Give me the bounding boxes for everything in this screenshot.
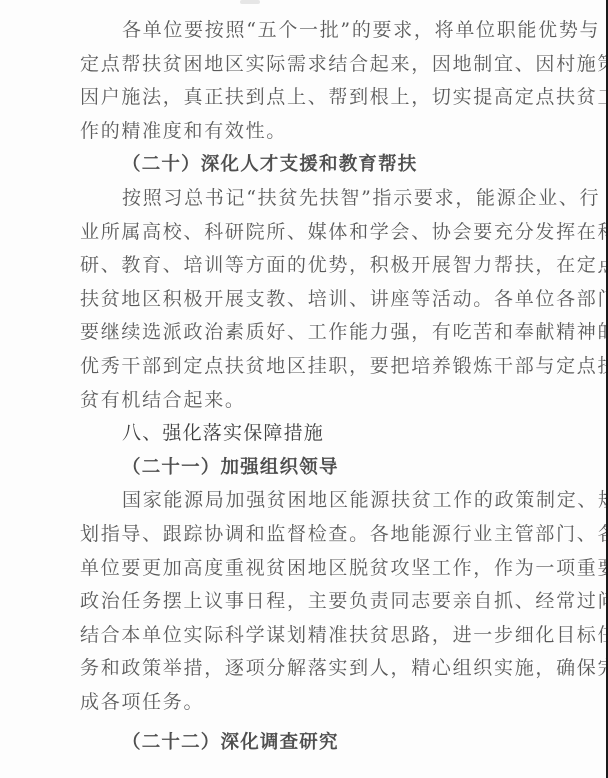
body-line: 贫有机结合起来。 [80,384,544,418]
spacer [80,719,544,726]
section-8-title: 八、强化落实保障措施 [80,417,544,451]
paragraph-21: 国家能源局加强贫困地区能源扶贫工作的政策制定、规 划指导、跟踪协调和监督检查。各… [80,484,544,719]
body-line: 扶贫地区积极开展支教、培训、讲座等活动。各单位各部门 [80,283,544,317]
subheading-20: （二十）深化人才支援和教育帮扶 [80,148,544,182]
body-line: 业所属高校、科研院所、媒体和学会、协会要充分发挥在科 [80,216,544,250]
body-line: 优秀干部到定点扶贫地区挂职，要把培养锻炼干部与定点扶 [80,350,544,384]
body-line: 成各项任务。 [80,686,544,720]
body-line: 划指导、跟踪协调和监督检查。各地能源行业主管部门、各 [80,518,544,552]
body-line: 研、教育、培训等方面的优势，积极开展智力帮扶，在定点 [80,249,544,283]
body-line: 政治任务摆上议事日程，主要负责同志要亲自抓、经常过问， [80,585,544,619]
body-line: 按照习总书记“扶贫先扶智”指示要求，能源企业、行 [80,182,544,216]
document-body: 各单位要按照“五个一批”的要求，将单位职能优势与 定点帮扶贫困地区实际需求结合起… [80,14,544,760]
body-line: 务和政策举措，逐项分解落实到人，精心组织实施，确保完 [80,652,544,686]
paragraph-20: 按照习总书记“扶贫先扶智”指示要求，能源企业、行 业所属高校、科研院所、媒体和学… [80,182,544,417]
document-page: 各单位要按照“五个一批”的要求，将单位职能优势与 定点帮扶贫困地区实际需求结合起… [0,0,606,778]
body-line: 各单位要按照“五个一批”的要求，将单位职能优势与 [80,14,544,48]
body-line: 国家能源局加强贫困地区能源扶贫工作的政策制定、规 [80,484,544,518]
body-line: 结合本单位实际科学谋划精准扶贫思路，进一步细化目标任 [80,619,544,653]
body-line: 要继续选派政治素质好、工作能力强，有吃苦和奉献精神的 [80,316,544,350]
subheading-21: （二十一）加强组织领导 [80,451,544,485]
scan-artifact [240,0,260,4]
body-line: 作的精准度和有效性。 [80,115,544,149]
body-line: 单位要更加高度重视贫困地区脱贫攻坚工作，作为一项重要 [80,552,544,586]
body-line: 定点帮扶贫困地区实际需求结合起来，因地制宜、因村施策、 [80,48,544,82]
paragraph-19-tail: 各单位要按照“五个一批”的要求，将单位职能优势与 定点帮扶贫困地区实际需求结合起… [80,14,544,148]
body-line: 因户施法，真正扶到点上、帮到根上，切实提高定点扶贫工 [80,81,544,115]
subheading-22: （二十二）深化调查研究 [80,726,544,760]
